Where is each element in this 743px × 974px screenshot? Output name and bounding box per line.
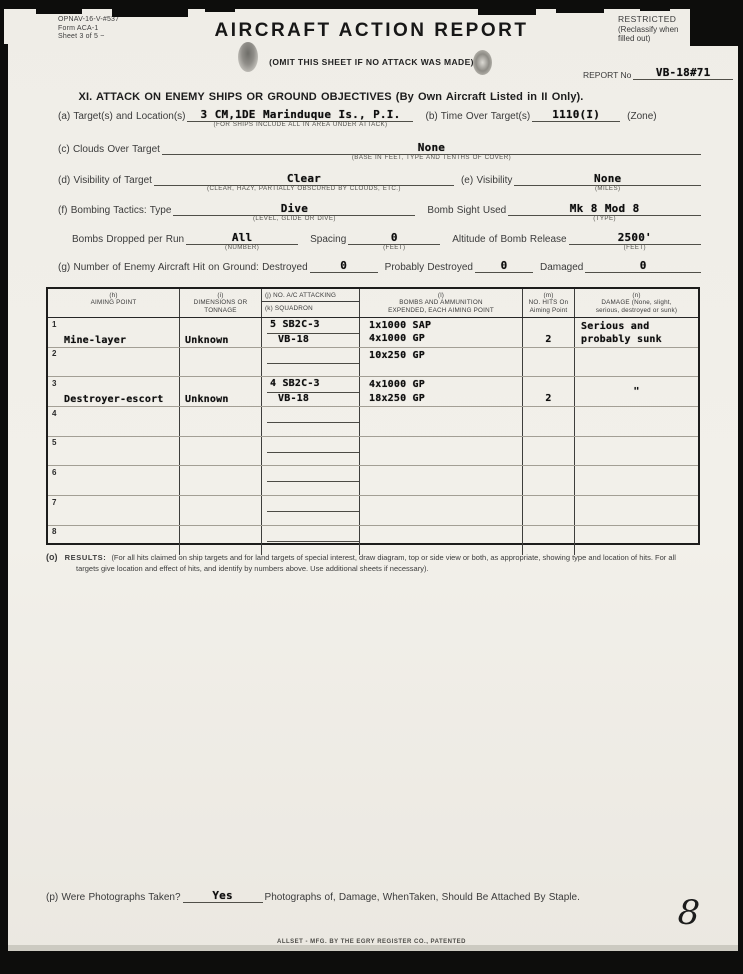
squadron-value: VB-18 — [278, 393, 309, 404]
tactics-caption: (LEVEL, GLIDE OR DIVE) — [173, 215, 415, 222]
results-instructions: (For all hits claimed on ship targets an… — [76, 553, 676, 573]
table-row: 4 — [48, 406, 698, 436]
time-over-target-field: 1110(I) — [532, 106, 620, 122]
header-text: EXPENDED, EACH AIMING POINT — [388, 307, 494, 314]
photographs-note: Photographs of, Damage, WhenTaken, Shoul… — [265, 892, 580, 903]
cell-hits — [522, 437, 574, 466]
cell-hits: 2 — [522, 377, 574, 406]
cell-attacking: 5 SB2C-3VB-18 — [261, 318, 359, 347]
cell-bombs — [359, 496, 522, 525]
header-tag: (l) — [360, 292, 522, 300]
header-text: AIMING POINT — [91, 299, 137, 306]
header-bombs-ammunition: (l) BOMBS AND AMMUNITION EXPENDED, EACH … — [359, 289, 522, 317]
scan-edge-top — [205, 0, 235, 12]
cell-attacking — [261, 466, 359, 495]
bombs-line1: 1x1000 SAP — [369, 319, 522, 332]
probably-destroyed-field: 0 — [475, 257, 533, 273]
header-text: DIMENSIONS OR — [194, 299, 248, 306]
cell-damage: " — [574, 377, 698, 406]
table-row: 8 — [48, 525, 698, 555]
cell-damage — [574, 526, 698, 555]
hits-value: 2 — [545, 393, 551, 404]
destroyed-value: 0 — [310, 259, 378, 272]
tactics-label: (f) Bombing Tactics: Type — [58, 205, 171, 216]
cell-attacking — [261, 348, 359, 377]
aircraft-count-value: 4 SB2C-3 — [270, 378, 320, 389]
scan-edge-top — [640, 0, 670, 11]
altitude-value: 2500' — [569, 231, 701, 244]
cell-damage — [574, 437, 698, 466]
cell-aiming-point: 4 — [48, 407, 179, 436]
cell-bombs: 4x1000 GP18x250 GP — [359, 377, 522, 406]
scan-edge-top — [478, 0, 536, 15]
visibility-target-value: Clear — [154, 172, 454, 185]
cell-bombs — [359, 466, 522, 495]
header-damage: (n) DAMAGE (None, slight, serious, destr… — [574, 289, 698, 317]
cell-bombs: 10x250 GP — [359, 348, 522, 377]
damaged-field: 0 — [585, 257, 701, 273]
cell-dimensions — [179, 437, 261, 466]
table-row: 5 — [48, 436, 698, 466]
results-section: (o) RESULTS: (For all hits claimed on sh… — [46, 552, 698, 574]
aiming-point-value: Destroyer-escort — [64, 394, 164, 405]
form-content: OPNAV-16-V-#537 Form ACA-1 Sheet 3 of 5 … — [0, 0, 743, 974]
scan-edge-top — [36, 0, 82, 14]
field-line-target: (a) Target(s) and Location(s) 3 CM,1DE M… — [58, 106, 703, 122]
table-row: 6 — [48, 465, 698, 495]
bombs-per-run-value: All — [186, 231, 298, 244]
photographs-value: Yes — [183, 889, 263, 902]
cell-dimensions: Unknown — [179, 318, 261, 347]
bomb-sight-field: Mk 8 Mod 8 (TYPE) — [508, 200, 701, 216]
cell-attacking — [261, 407, 359, 436]
cell-dimensions: Unknown — [179, 377, 261, 406]
squadron-value: VB-18 — [278, 334, 309, 345]
header-no-hits: (m) NO. HITS On Aiming Point — [522, 289, 574, 317]
visibility-target-field: Clear (CLEAR, HAZY, PARTIALLY OBSCURED B… — [154, 170, 454, 186]
cell-dimensions — [179, 348, 261, 377]
dimensions-value: Unknown — [185, 394, 229, 405]
cell-dimensions — [179, 526, 261, 555]
header-text: Aiming Point — [530, 307, 568, 314]
altitude-label: Altitude of Bomb Release — [452, 234, 566, 245]
visibility-caption: (MILES) — [514, 185, 701, 192]
field-line-visibility: (d) Visibility of Target Clear (CLEAR, H… — [58, 170, 703, 186]
table-row: 210x250 GP — [48, 347, 698, 377]
squadron-divider-line — [267, 511, 359, 512]
scan-edge-left — [0, 44, 8, 974]
target-caption: (FOR SHIPS INCLUDE ALL IN AREA UNDER ATT… — [187, 121, 413, 128]
field-line-bombs-dropped: Bombs Dropped per Run All (NUMBER) Spaci… — [72, 229, 703, 245]
restricted-note-line: (Reclassify when — [618, 25, 678, 35]
restricted-label: RESTRICTED — [618, 15, 678, 25]
report-number-label: REPORT No — [583, 70, 631, 80]
field-line-enemy-aircraft: (g) Number of Enemy Aircraft Hit on Grou… — [58, 257, 703, 273]
header-tag: (n) — [575, 292, 698, 300]
cell-damage: Serious andprobably sunk — [574, 318, 698, 347]
cell-aiming-point: 1Mine-layer — [48, 318, 179, 347]
header-tag: (i) — [180, 292, 261, 300]
visibility-target-label: (d) Visibility of Target — [58, 175, 152, 186]
cell-attacking — [261, 496, 359, 525]
cell-damage — [574, 348, 698, 377]
cell-hits — [522, 466, 574, 495]
cell-bombs — [359, 437, 522, 466]
target-label: (a) Target(s) and Location(s) — [58, 111, 185, 122]
field-line-photographs: (p) Were Photographs Taken? Yes Photogra… — [46, 887, 703, 903]
visibility-field: None (MILES) — [514, 170, 701, 186]
report-number-value: VB-18#71 — [633, 66, 733, 79]
scan-edge-right — [738, 40, 743, 974]
row-number: 3 — [52, 379, 56, 388]
bombs-line1: 4x1000 GP — [369, 378, 522, 391]
time-over-target-value: 1110(I) — [532, 108, 620, 121]
cell-bombs — [359, 407, 522, 436]
scan-edge-bottom — [0, 951, 743, 974]
bombs-per-run-label: Bombs Dropped per Run — [72, 234, 184, 245]
cell-hits — [522, 348, 574, 377]
damaged-value: 0 — [585, 259, 701, 272]
squadron-divider-line — [267, 422, 359, 423]
damage-line2: probably sunk — [581, 333, 698, 346]
clouds-field: None (BASE IN FEET, TYPE AND TENTHS OF C… — [162, 139, 701, 155]
bomb-sight-caption: (TYPE) — [508, 215, 701, 222]
zone-label: (Zone) — [627, 111, 656, 122]
altitude-caption: (FEET) — [569, 244, 701, 251]
bombs-per-run-field: All (NUMBER) — [186, 229, 298, 245]
bombs-per-run-caption: (NUMBER) — [186, 244, 298, 251]
scan-edge-top-right-corner — [690, 0, 743, 46]
header-text: TONNAGE — [204, 307, 236, 314]
attack-table: (h) AIMING POINT (i) DIMENSIONS OR TONNA… — [46, 287, 700, 545]
tactics-field: Dive (LEVEL, GLIDE OR DIVE) — [173, 200, 415, 216]
table-body: 1Mine-layerUnknown5 SB2C-3VB-181x1000 SA… — [48, 318, 698, 555]
squadron-divider-line — [267, 481, 359, 482]
cell-hits: 2 — [522, 318, 574, 347]
cell-dimensions — [179, 466, 261, 495]
cell-attacking — [261, 437, 359, 466]
report-number-field: VB-18#71 — [633, 64, 733, 80]
destroyed-field: 0 — [310, 257, 378, 273]
row-number: 6 — [52, 468, 56, 477]
cell-damage — [574, 496, 698, 525]
punch-hole — [238, 42, 258, 72]
cell-aiming-point: 2 — [48, 348, 179, 377]
spacing-caption: (FEET) — [348, 244, 440, 251]
photographs-field: Yes — [183, 887, 263, 903]
bombs-line1: 10x250 GP — [369, 349, 522, 362]
table-row: 3Destroyer-escortUnknown4 SB2C-3VB-184x1… — [48, 376, 698, 406]
header-text: serious, destroyed or sunk) — [596, 307, 677, 314]
scan-edge-top — [112, 0, 188, 17]
bombs-line2: 18x250 GP — [369, 392, 522, 405]
header-tag: (m) — [523, 292, 574, 300]
cell-dimensions — [179, 496, 261, 525]
header-no-ac-attacking: (j) NO. A/C ATTACKING — [262, 289, 359, 302]
cell-aiming-point: 5 — [48, 437, 179, 466]
damaged-label: Damaged — [540, 262, 583, 273]
row-number: 1 — [52, 320, 56, 329]
cell-attacking: 4 SB2C-3VB-18 — [261, 377, 359, 406]
row-number: 4 — [52, 409, 56, 418]
photographs-label: (p) Were Photographs Taken? — [46, 892, 181, 903]
squadron-divider-line — [267, 541, 359, 542]
header-squadron: (k) SQUADRON — [262, 302, 359, 315]
restricted-note-line: filled out) — [618, 34, 678, 44]
probably-destroyed-value: 0 — [475, 259, 533, 272]
spacing-label: Spacing — [310, 234, 346, 245]
damage-line1: " — [633, 385, 639, 398]
cell-aiming-point: 6 — [48, 466, 179, 495]
field-line-clouds: (c) Clouds Over Target None (BASE IN FEE… — [58, 139, 703, 155]
header-tag: (h) — [48, 292, 179, 300]
punch-hole — [473, 50, 492, 75]
header-dimensions: (i) DIMENSIONS OR TONNAGE — [179, 289, 261, 317]
cell-damage — [574, 407, 698, 436]
clouds-value: None — [162, 141, 701, 154]
table-header: (h) AIMING POINT (i) DIMENSIONS OR TONNA… — [48, 289, 698, 318]
cell-damage — [574, 466, 698, 495]
hits-value: 2 — [545, 334, 551, 345]
squadron-divider-line — [267, 452, 359, 453]
cell-aiming-point: 3Destroyer-escort — [48, 377, 179, 406]
dimensions-value: Unknown — [185, 335, 229, 346]
altitude-field: 2500' (FEET) — [569, 229, 701, 245]
bomb-sight-value: Mk 8 Mod 8 — [508, 202, 701, 215]
field-line-tactics: (f) Bombing Tactics: Type Dive (LEVEL, G… — [58, 200, 703, 216]
section-heading: XI. ATTACK ON ENEMY SHIPS OR GROUND OBJE… — [66, 91, 596, 103]
visibility-target-caption: (CLEAR, HAZY, PARTIALLY OBSCURED BY CLOU… — [154, 185, 454, 192]
aircraft-count-value: 5 SB2C-3 — [270, 319, 320, 330]
tactics-value: Dive — [173, 202, 415, 215]
report-number-line: REPORT No VB-18#71 — [583, 64, 735, 80]
visibility-label: (e) Visibility — [461, 175, 512, 186]
cell-aiming-point: 8 — [48, 526, 179, 555]
row-number: 5 — [52, 438, 56, 447]
cell-bombs: 1x1000 SAP4x1000 GP — [359, 318, 522, 347]
bomb-sight-label: Bomb Sight Used — [427, 205, 506, 216]
destroyed-label: (g) Number of Enemy Aircraft Hit on Grou… — [58, 262, 308, 273]
target-value: 3 CM,1DE Marinduque Is., P.I. — [187, 108, 413, 121]
clouds-caption: (BASE IN FEET, TYPE AND TENTHS OF COVER) — [162, 154, 701, 161]
spacing-field: 0 (FEET) — [348, 229, 440, 245]
row-number: 2 — [52, 349, 56, 358]
aiming-point-value: Mine-layer — [64, 335, 126, 346]
cell-attacking — [261, 526, 359, 555]
cell-bombs — [359, 526, 522, 555]
spacing-value: 0 — [348, 231, 440, 244]
handwritten-page-number: 8 — [677, 892, 701, 933]
cell-hits — [522, 407, 574, 436]
table-row: 1Mine-layerUnknown5 SB2C-3VB-181x1000 SA… — [48, 318, 698, 347]
scan-edge-top — [556, 0, 604, 13]
probably-destroyed-label: Probably Destroyed — [385, 262, 473, 273]
target-field: 3 CM,1DE Marinduque Is., P.I. (FOR SHIPS… — [187, 106, 413, 122]
cell-hits — [522, 496, 574, 525]
clouds-label: (c) Clouds Over Target — [58, 144, 160, 155]
bombs-line2: 4x1000 GP — [369, 332, 522, 345]
header-text: NO. HITS On — [529, 299, 569, 306]
header-text: DAMAGE (None, slight, — [601, 299, 671, 306]
table-row: 7 — [48, 495, 698, 525]
squadron-divider-line — [267, 363, 359, 364]
damage-line1: Serious and — [581, 320, 698, 333]
header-attacking-squadron: (j) NO. A/C ATTACKING (k) SQUADRON — [261, 289, 359, 317]
cell-dimensions — [179, 407, 261, 436]
row-number: 7 — [52, 498, 56, 507]
visibility-value: None — [514, 172, 701, 185]
time-over-target-label: (b) Time Over Target(s) — [425, 111, 530, 122]
row-number: 8 — [52, 527, 56, 536]
header-text: BOMBS AND AMMUNITION — [399, 299, 482, 306]
restricted-stamp: RESTRICTED (Reclassify when filled out) — [618, 15, 678, 44]
cell-hits — [522, 526, 574, 555]
cell-aiming-point: 7 — [48, 496, 179, 525]
header-aiming-point: (h) AIMING POINT — [48, 289, 179, 317]
